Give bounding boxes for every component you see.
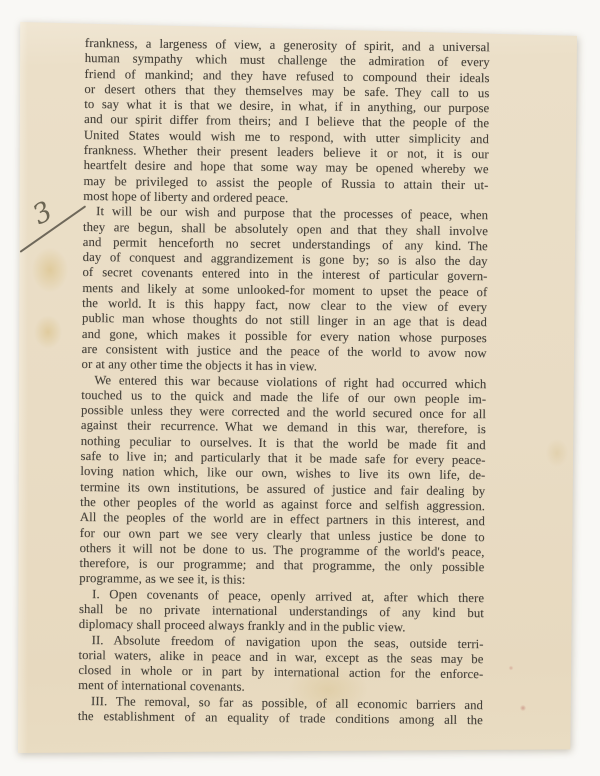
text-line: the establishment of an equality of trad…	[78, 709, 483, 729]
pencil-slash-mark	[20, 205, 86, 252]
document-page: 3 frankness, a largeness of view, a gene…	[18, 22, 577, 753]
scanned-document: 3 frankness, a largeness of view, a gene…	[18, 22, 577, 753]
page-text: frankness, a largeness of view, a genero…	[78, 36, 490, 729]
handwritten-page-number: 3	[28, 196, 58, 231]
